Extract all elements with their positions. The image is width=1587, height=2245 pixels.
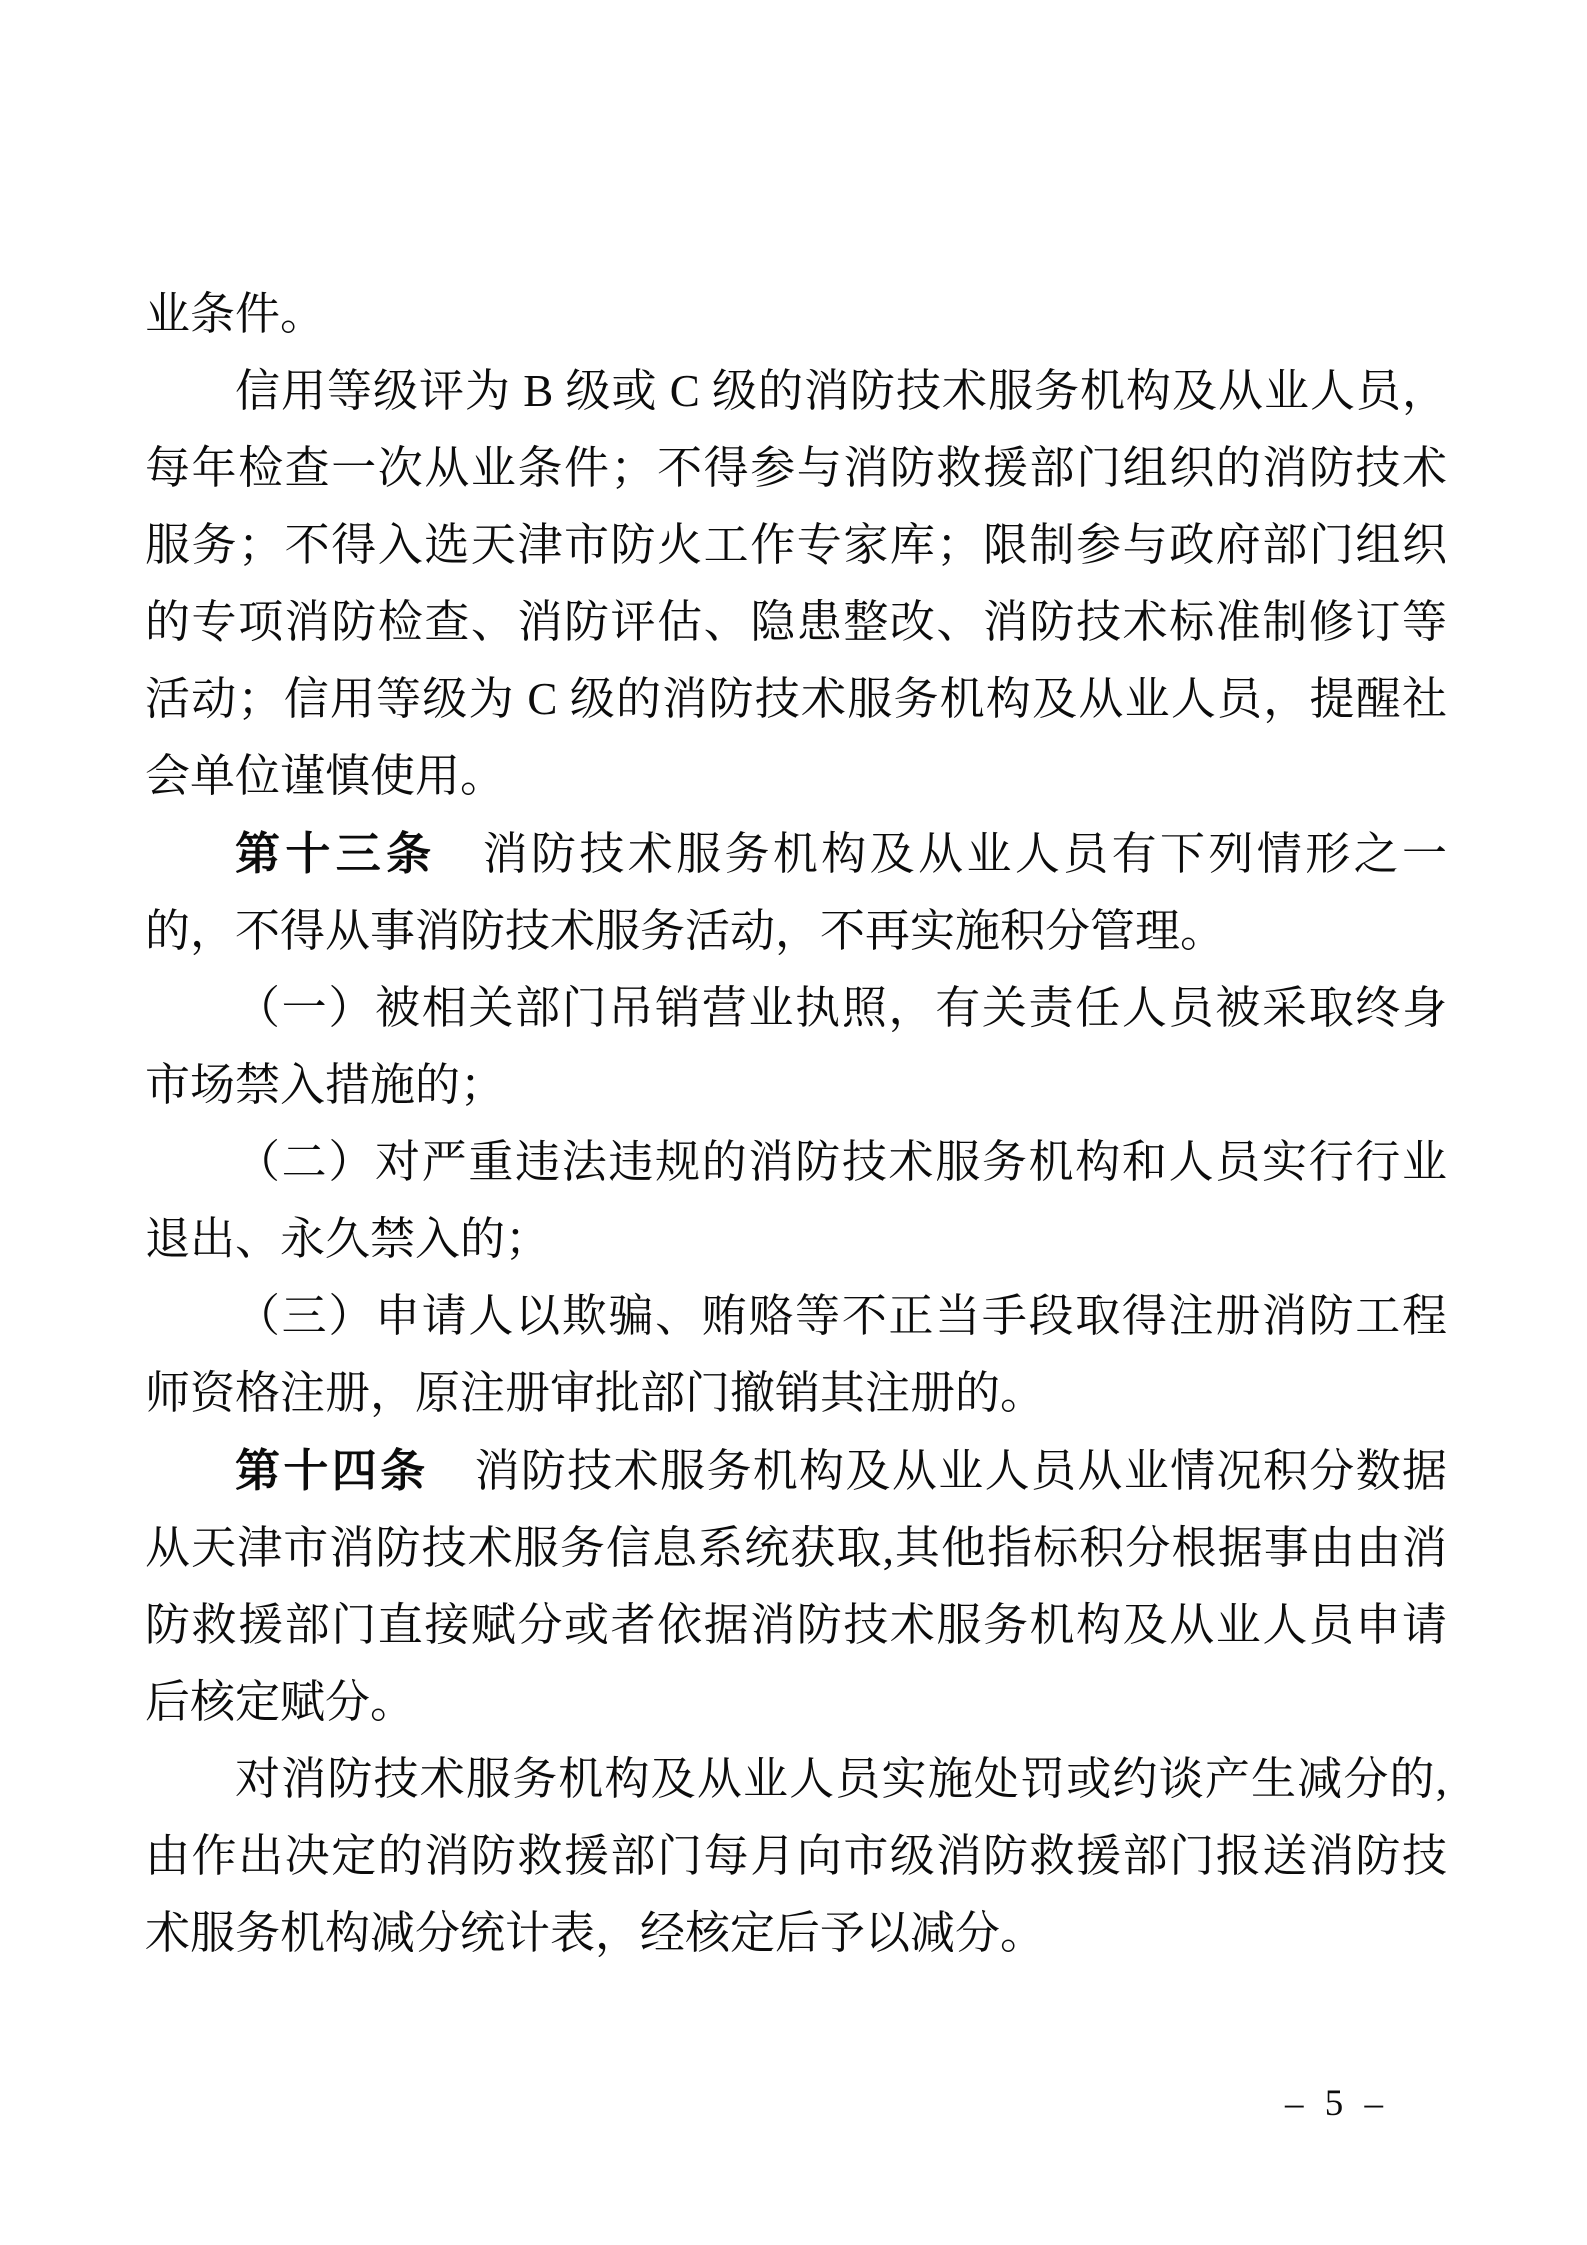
article-14-label: 第十四条 xyxy=(235,1445,429,1496)
paragraph-continuation: 业条件。 xyxy=(145,276,1447,353)
document-page: 业条件。 信用等级评为 B 级或 C 级的消防技术服务机构及从业人员，每年检查一… xyxy=(0,0,1587,2245)
paragraph-text: （三）申请人以欺骗、贿赂等不正当手段取得注册消防工程师资格注册，原注册审批部门撤… xyxy=(145,1291,1447,1418)
paragraph-item-2: （二）对严重违法违规的消防技术服务机构和人员实行行业退出、永久禁入的； xyxy=(145,1124,1447,1278)
paragraph-text: 信用等级评为 B 级或 C 级的消防技术服务机构及从业人员，每年检查一次从业条件… xyxy=(145,366,1447,801)
paragraph-text: （二）对严重违法违规的消防技术服务机构和人员实行行业退出、永久禁入的； xyxy=(145,1137,1447,1264)
paragraph-credit-rating: 信用等级评为 B 级或 C 级的消防技术服务机构及从业人员，每年检查一次从业条件… xyxy=(145,353,1447,815)
page-number: – 5 – xyxy=(1285,2082,1389,2126)
article-13-label: 第十三条 xyxy=(235,828,437,879)
paragraph-text: 对消防技术服务机构及从业人员实施处罚或约谈产生减分的,由作出决定的消防救援部门每… xyxy=(145,1754,1447,1958)
paragraph-article-13: 第十三条消防技术服务机构及从业人员有下列情形之一的，不得从事消防技术服务活动，不… xyxy=(145,815,1447,970)
paragraph-article-14: 第十四条消防技术服务机构及从业人员从业情况积分数据从天津市消防技术服务信息系统获… xyxy=(145,1432,1447,1741)
paragraph-deduction: 对消防技术服务机构及从业人员实施处罚或约谈产生减分的,由作出决定的消防救援部门每… xyxy=(145,1741,1447,1972)
document-body: 业条件。 信用等级评为 B 级或 C 级的消防技术服务机构及从业人员，每年检查一… xyxy=(145,276,1447,1972)
paragraph-text: 业条件。 xyxy=(145,289,325,339)
paragraph-item-1: （一）被相关部门吊销营业执照，有关责任人员被采取终身市场禁入措施的； xyxy=(145,970,1447,1124)
paragraph-text: （一）被相关部门吊销营业执照，有关责任人员被采取终身市场禁入措施的； xyxy=(145,983,1447,1110)
paragraph-item-3: （三）申请人以欺骗、贿赂等不正当手段取得注册消防工程师资格注册，原注册审批部门撤… xyxy=(145,1278,1447,1432)
